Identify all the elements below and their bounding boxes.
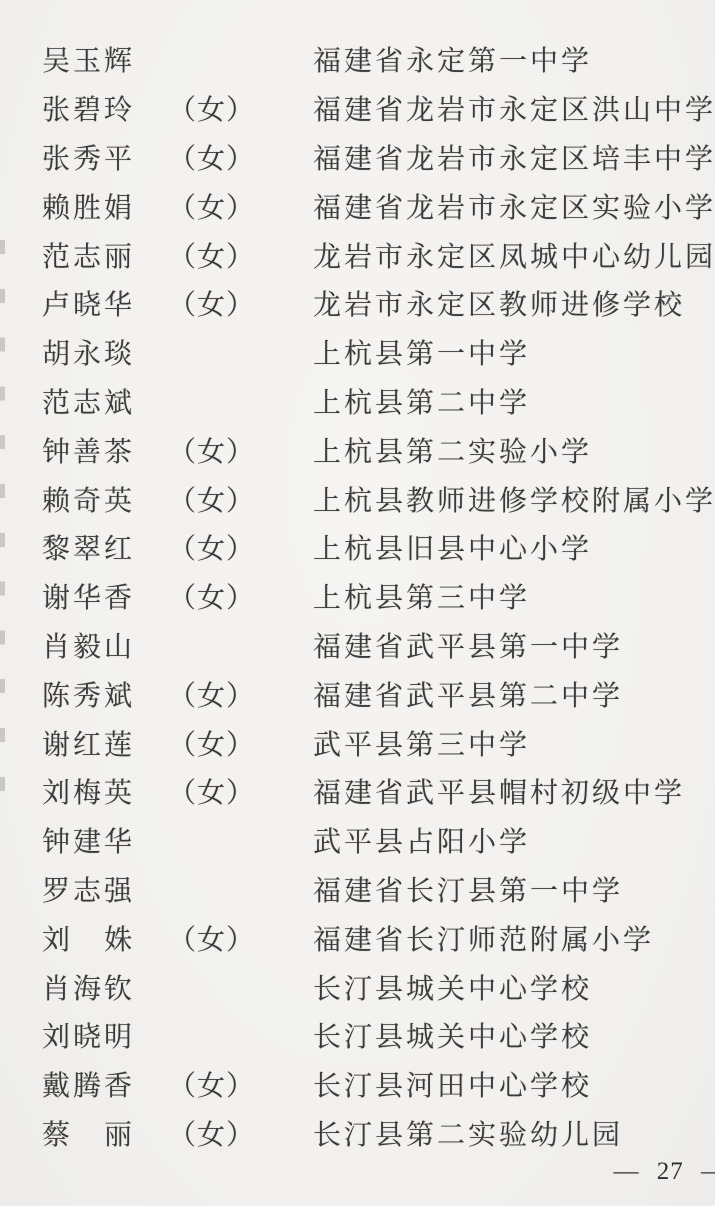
teacher-name: 范志斌 <box>42 381 168 421</box>
roster-row: 张秀平（女）福建省龙岩市永定区培丰中学 <box>0 133 715 182</box>
teacher-name: 张碧玲 <box>42 88 168 128</box>
gender-label: （女） <box>168 576 313 616</box>
gender-label: （女） <box>168 235 313 275</box>
teacher-name: 黎翠红 <box>42 527 168 567</box>
teacher-name: 陈秀斌 <box>42 674 168 714</box>
roster-row: 胡永琰上杭县第一中学 <box>0 328 715 377</box>
teacher-name: 刘梅英 <box>42 771 168 811</box>
roster-row: 范志斌上杭县第二中学 <box>0 377 715 426</box>
teacher-name: 钟建华 <box>42 820 168 860</box>
roster-row: 钟建华武平县占阳小学 <box>0 816 715 865</box>
school-name: 福建省武平县帽村初级中学 <box>313 771 685 811</box>
school-name: 上杭县教师进修学校附属小学 <box>313 479 715 519</box>
gender-label: （女） <box>168 674 313 714</box>
school-name: 上杭县旧县中心小学 <box>313 527 592 567</box>
school-name: 龙岩市永定区凤城中心幼儿园 <box>313 235 715 275</box>
teacher-name: 胡永琰 <box>42 332 168 372</box>
gender-label: （女） <box>168 1064 313 1104</box>
document-page: 吴玉辉福建省永定第一中学张碧玲（女）福建省龙岩市永定区洪山中学张秀平（女）福建省… <box>0 0 715 1206</box>
roster-row: 戴腾香（女）长汀县河田中心学校 <box>0 1060 715 1109</box>
school-name: 龙岩市永定区教师进修学校 <box>313 283 685 323</box>
teacher-name: 刘晓明 <box>42 1015 168 1055</box>
teacher-name: 张秀平 <box>42 137 168 177</box>
school-name: 上杭县第二实验小学 <box>313 430 592 470</box>
roster-row: 谢红莲（女）武平县第三中学 <box>0 718 715 767</box>
roster-row: 钟善茶（女）上杭县第二实验小学 <box>0 425 715 474</box>
teacher-name: 蔡 丽 <box>42 1113 168 1153</box>
teacher-name: 谢华香 <box>42 576 168 616</box>
school-name: 福建省永定第一中学 <box>313 39 592 79</box>
roster-row: 吴玉辉福建省永定第一中学 <box>0 35 715 84</box>
roster-row: 范志丽（女）龙岩市永定区凤城中心幼儿园 <box>0 230 715 279</box>
teacher-name: 谢红莲 <box>42 723 168 763</box>
teacher-name: 范志丽 <box>42 235 168 275</box>
gender-label: （女） <box>168 186 313 226</box>
school-name: 上杭县第二中学 <box>313 381 530 421</box>
teacher-name: 刘 姝 <box>42 918 168 958</box>
school-name: 长汀县河田中心学校 <box>313 1064 592 1104</box>
school-name: 福建省龙岩市永定区实验小学 <box>313 186 715 226</box>
school-name: 长汀县第二实验幼儿园 <box>313 1113 623 1153</box>
roster-row: 刘晓明长汀县城关中心学校 <box>0 1011 715 1060</box>
gender-label: （女） <box>168 88 313 128</box>
gender-label: （女） <box>168 283 313 323</box>
roster-row: 罗志强福建省长汀县第一中学 <box>0 865 715 914</box>
roster-row: 黎翠红（女）上杭县旧县中心小学 <box>0 523 715 572</box>
school-name: 福建省龙岩市永定区洪山中学 <box>313 88 715 128</box>
school-name: 长汀县城关中心学校 <box>313 1015 592 1055</box>
school-name: 武平县占阳小学 <box>313 820 530 860</box>
gender-label: （女） <box>168 527 313 567</box>
roster-row: 肖海钦长汀县城关中心学校 <box>0 962 715 1011</box>
teacher-name: 戴腾香 <box>42 1064 168 1104</box>
roster-row: 卢晓华（女）龙岩市永定区教师进修学校 <box>0 279 715 328</box>
page-number: — 27 — <box>614 1158 715 1186</box>
school-name: 上杭县第一中学 <box>313 332 530 372</box>
gender-label: （女） <box>168 918 313 958</box>
gender-label: （女） <box>168 137 313 177</box>
gender-label: （女） <box>168 771 313 811</box>
teacher-name: 吴玉辉 <box>42 39 168 79</box>
school-name: 福建省长汀师范附属小学 <box>313 918 654 958</box>
school-name: 福建省长汀县第一中学 <box>313 869 623 909</box>
school-name: 福建省武平县第一中学 <box>313 625 623 665</box>
school-name: 武平县第三中学 <box>313 723 530 763</box>
roster-row: 赖胜娟（女）福建省龙岩市永定区实验小学 <box>0 181 715 230</box>
teacher-name: 赖奇英 <box>42 479 168 519</box>
roster-row: 刘 姝（女）福建省长汀师范附属小学 <box>0 913 715 962</box>
gender-label: （女） <box>168 430 313 470</box>
gender-label: （女） <box>168 1113 313 1153</box>
roster-row: 刘梅英（女）福建省武平县帽村初级中学 <box>0 767 715 816</box>
teacher-name: 肖毅山 <box>42 625 168 665</box>
teacher-name: 钟善茶 <box>42 430 168 470</box>
roster-row: 张碧玲（女）福建省龙岩市永定区洪山中学 <box>0 84 715 133</box>
roster-row: 肖毅山福建省武平县第一中学 <box>0 621 715 670</box>
school-name: 上杭县第三中学 <box>313 576 530 616</box>
roster-row: 蔡 丽（女）长汀县第二实验幼儿园 <box>0 1109 715 1158</box>
teacher-name: 赖胜娟 <box>42 186 168 226</box>
roster-row: 谢华香（女）上杭县第三中学 <box>0 572 715 621</box>
teacher-name: 卢晓华 <box>42 283 168 323</box>
school-name: 福建省武平县第二中学 <box>313 674 623 714</box>
teacher-name: 罗志强 <box>42 869 168 909</box>
roster-list: 吴玉辉福建省永定第一中学张碧玲（女）福建省龙岩市永定区洪山中学张秀平（女）福建省… <box>0 35 715 1157</box>
gender-label: （女） <box>168 479 313 519</box>
teacher-name: 肖海钦 <box>42 967 168 1007</box>
gender-label: （女） <box>168 723 313 763</box>
roster-row: 赖奇英（女）上杭县教师进修学校附属小学 <box>0 474 715 523</box>
school-name: 长汀县城关中心学校 <box>313 967 592 1007</box>
school-name: 福建省龙岩市永定区培丰中学 <box>313 137 715 177</box>
roster-row: 陈秀斌（女）福建省武平县第二中学 <box>0 669 715 718</box>
